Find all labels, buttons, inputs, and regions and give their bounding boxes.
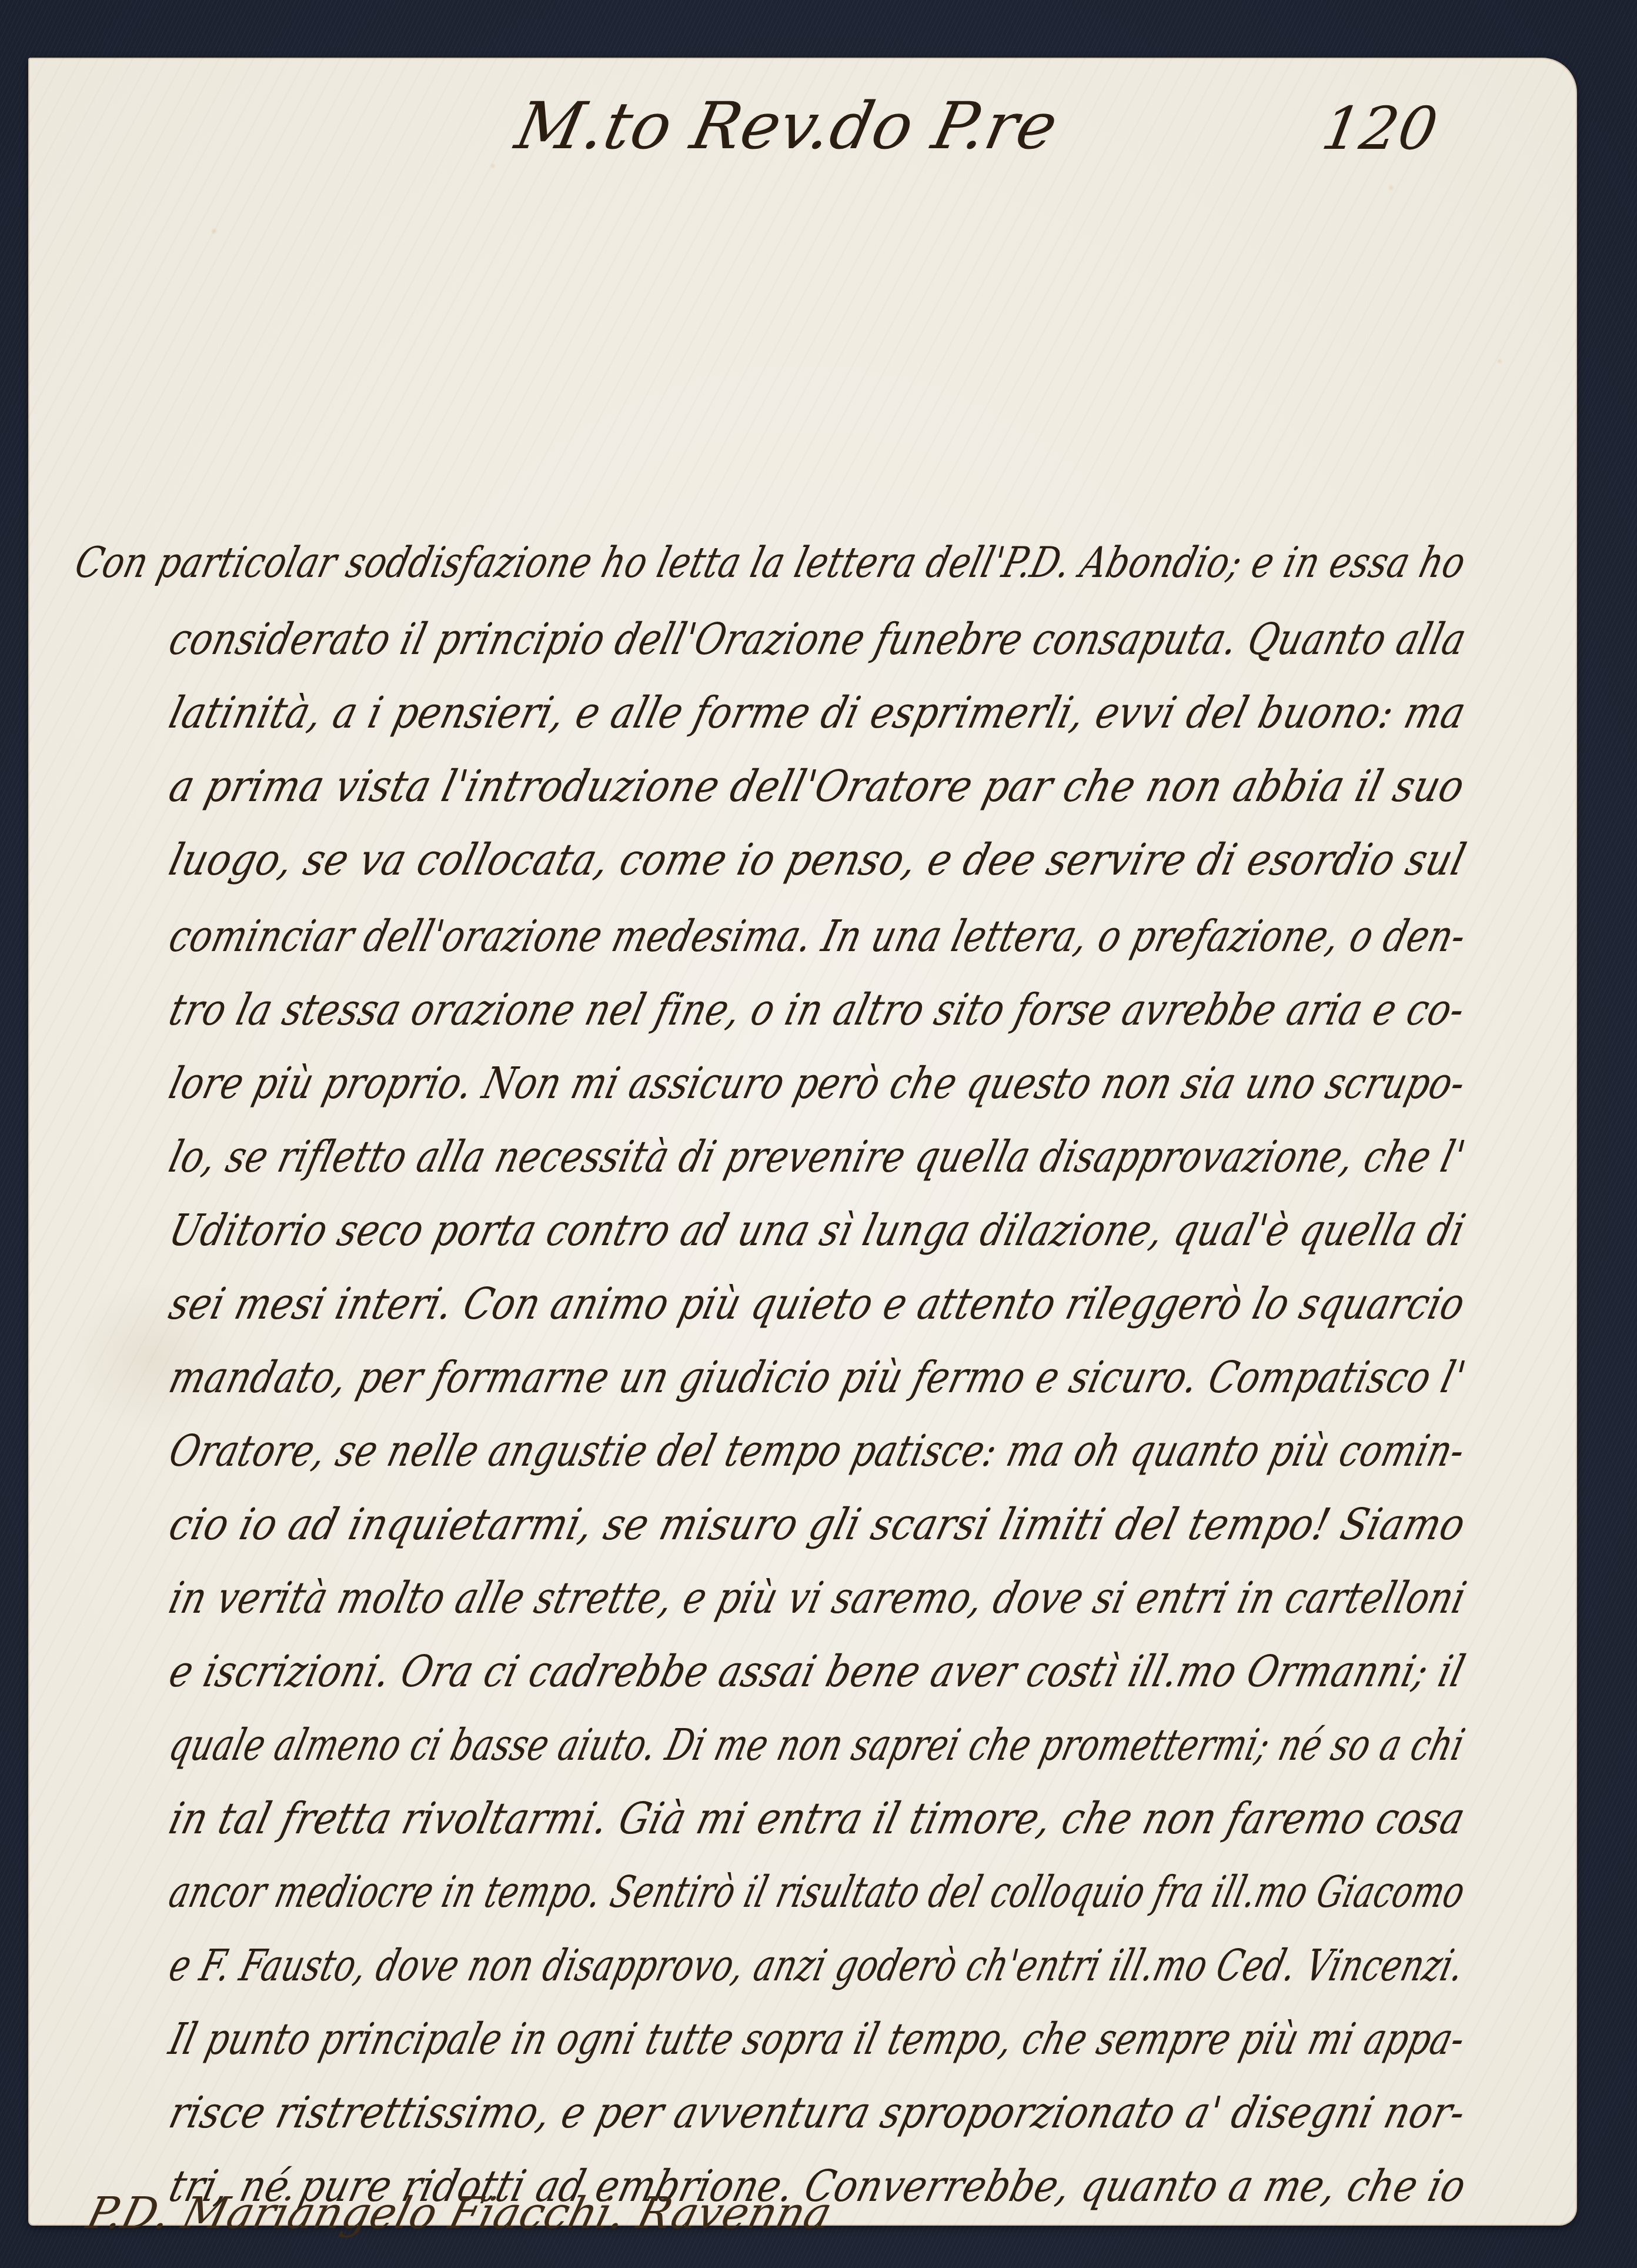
body-line: in tal fretta rivoltarmi. Già mi entra i… [165,1797,1469,1840]
addressee-line: P.D. Mariangelo Fiacchi. Ravenna [82,2188,837,2239]
body-line: Oratore, se nelle angustie del tempo pat… [165,1429,1469,1473]
body-line: cio io ad inquietarmi, se misuro gli sca… [165,1503,1470,1546]
body-line: ancor mediocre in tempo. Sentirò il risu… [165,1870,1469,1914]
body-line: e F. Fausto, dove non disapprovo, anzi g… [165,1944,1469,1987]
body-line: sei mesi interi. Con animo più quieto e … [165,1282,1469,1326]
folio-number: 120 [1317,94,1444,163]
body-line: a prima vista l'introduzione dell'Orator… [165,765,1469,808]
body-line: Con particolar soddisfazione ho letta la… [71,541,1470,583]
body-line: quale almeno ci basse aiuto. Di me non s… [165,1723,1469,1767]
body-line: cominciar dell'orazione medesima. In una… [165,915,1471,958]
body-line: lo, se rifletto alla necessità di preven… [165,1135,1469,1179]
body-line: mandato, per formarne un giudicio più fe… [165,1356,1470,1399]
body-line: luogo, se va collocata, come io penso, e… [165,838,1470,882]
body-line: Uditorio seco porta contro ad una sì lun… [165,1209,1469,1252]
body-line: in verità molto alle strette, e più vi s… [165,1576,1471,1620]
body-line: e iscrizioni. Ora ci cadrebbe assai bene… [165,1650,1469,1693]
body-line: considerato il principio dell'Orazione f… [165,618,1471,661]
salutation: M.to Rev.do P.re [509,88,1064,164]
body-line: risce ristrettissimo, e per avventura sp… [165,2091,1470,2134]
body-line: latinità, a i pensieri, e alle forme di … [165,691,1471,735]
body-line: lore più proprio. Non mi assicuro però c… [165,1062,1470,1105]
body-line: tro la stessa orazione nel fine, o in al… [165,988,1469,1032]
body-line: Il punto principale in ogni tutte sopra … [165,2017,1469,2061]
